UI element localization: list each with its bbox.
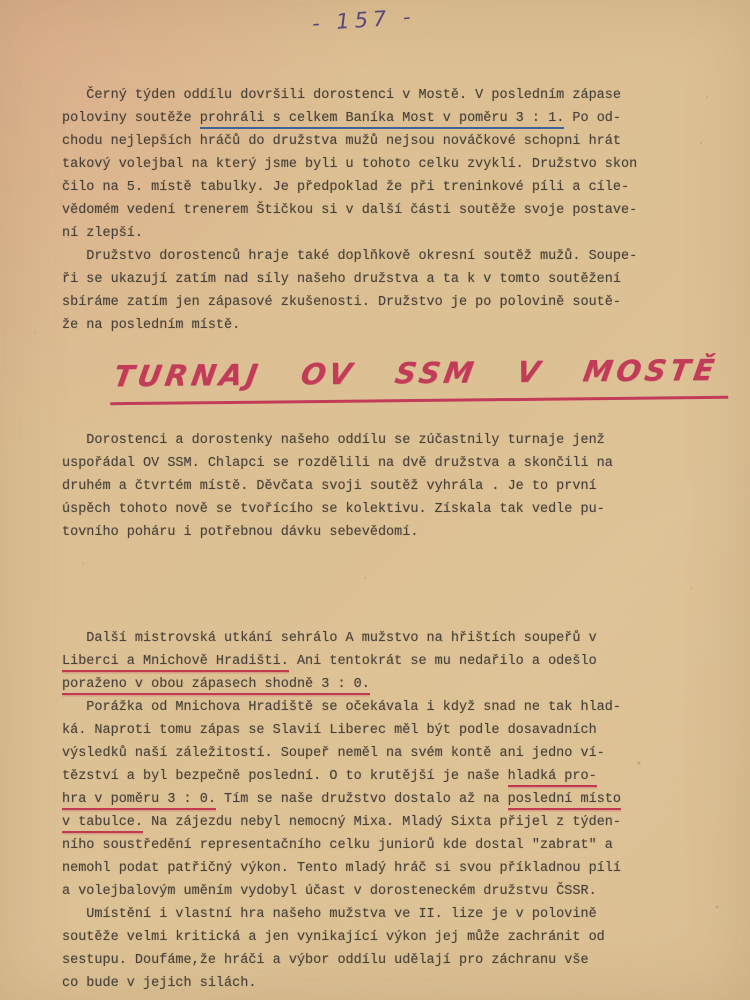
text-line: tězství a byl bezpečně poslední. O to kr…: [62, 765, 734, 788]
section-heading: TURNAJ OV SSM V MOSTĚ: [110, 353, 728, 405]
red-underlined-text: poraženo v obou zápasech shodně 3 : 0.: [62, 677, 370, 695]
text-segment: vědomém vedení trenerem Štičkou si v dal…: [62, 203, 637, 218]
text-segment: ká. Naproti tomu zápas se Slavií Liberec…: [62, 723, 597, 738]
text-segment: soutěže velmi kritická a jen vynikající …: [62, 930, 605, 945]
text-segment: co bude v jejich silách.: [62, 976, 256, 991]
text-line: výsledků naší záležitostí. Soupeř neměl …: [62, 742, 734, 765]
text-line: chodu nejlepších hráčů do družstva mužů …: [62, 130, 734, 153]
text-line: vědomém vedení trenerem Štičkou si v dal…: [62, 199, 734, 222]
text-line: ři se ukazují zatím nad síly našeho druž…: [62, 268, 734, 291]
red-underlined-text: v tabulce.: [62, 815, 143, 833]
text-segment: Tím se naše družstvo dostalo až na: [216, 792, 508, 807]
text-line: poraženo v obou zápasech shodně 3 : 0.: [62, 673, 734, 696]
text-segment: Porážka od Mnichova Hradiště se očekával…: [62, 700, 621, 715]
text-line: nemohl podat patřičný výkon. Tento mladý…: [62, 857, 734, 880]
text-line: čilo na 5. místě tabulky. Je předpoklad …: [62, 176, 734, 199]
text-line: uspořádal OV SSM. Chlapci se rozdělili n…: [62, 452, 734, 475]
text-line: ní zlepší.: [62, 222, 734, 245]
paragraph-3: Dorostenci a dorostenky našeho oddílu se…: [62, 429, 734, 544]
text-line: že na posledním místě.: [62, 314, 734, 337]
text-segment: úspěch tohoto nově se tvořícího se kolek…: [62, 502, 605, 517]
paragraphs-1-2: Černý týden oddílu dovršili dorostenci v…: [62, 84, 734, 337]
text-line: Černý týden oddílu dovršili dorostenci v…: [62, 84, 734, 107]
text-line: Další mistrovská utkání sehrálo A mužstv…: [62, 627, 734, 650]
text-segment: uspořádal OV SSM. Chlapci se rozdělili n…: [62, 456, 613, 471]
text-line: ního soustředění representačního celku j…: [62, 834, 734, 857]
text-line: Družstvo dorostenců hraje také doplňkově…: [62, 245, 734, 268]
text-line: sbíráme zatím jen zápasové zkušenosti. D…: [62, 291, 734, 314]
text-line: hra v poměru 3 : 0. Tím se naše družstvo…: [62, 788, 734, 811]
text-line: druhém a čtvrtém místě. Děvčata svoji so…: [62, 475, 734, 498]
text-line: úspěch tohoto nově se tvořícího se kolek…: [62, 498, 734, 521]
text-segment: tovního poháru i potřebnou dávku sebevěd…: [62, 525, 418, 540]
text-line: poloviny soutěže prohráli s celkem Baník…: [62, 107, 734, 130]
text-segment: výsledků naší záležitostí. Soupeř neměl …: [62, 746, 605, 761]
text-segment: Ani tentokrát se mu nedařilo a odešlo: [289, 654, 597, 669]
text-segment: chodu nejlepších hráčů do družstva mužů …: [62, 134, 621, 149]
text-segment: druhém a čtvrtém místě. Děvčata svoji so…: [62, 479, 597, 494]
text-line: Umístění i vlastní hra našeho mužstva ve…: [62, 903, 734, 926]
text-segment: Družstvo dorostenců hraje také doplňkově…: [62, 249, 637, 264]
text-segment: Po od-: [564, 111, 621, 126]
text-segment: tězství a byl bezpečně poslední. O to kr…: [62, 769, 508, 784]
text-segment: a volejbalovým uměním vydobyl účast v do…: [62, 884, 597, 899]
text-line: Porážka od Mnichova Hradiště se očekával…: [62, 696, 734, 719]
text-line: Dorostenci a dorostenky našeho oddílu se…: [62, 429, 734, 452]
text-segment: takový volejbal na který jsme byli u toh…: [62, 157, 637, 172]
red-underlined-text: poslední místo: [508, 792, 621, 810]
text-segment: Dorostenci a dorostenky našeho oddílu se…: [62, 433, 605, 448]
text-segment: sbíráme zatím jen zápasové zkušenosti. D…: [62, 295, 621, 310]
text-segment: čilo na 5. místě tabulky. Je předpoklad …: [62, 180, 629, 195]
text-line: sestupu. Doufáme,že hráči a výbor oddílu…: [62, 949, 734, 972]
blue-underlined-text: prohráli s celkem Baníka Most v poměru 3…: [200, 111, 565, 129]
text-segment: ři se ukazují zatím nad síly našeho druž…: [62, 272, 621, 287]
text-line: tovního poháru i potřebnou dávku sebevěd…: [62, 521, 734, 544]
text-segment: Na zájezdu nebyl nemocný Mixa. Mladý Six…: [143, 815, 621, 830]
text-line: takový volejbal na který jsme byli u toh…: [62, 153, 734, 176]
text-segment: že na posledním místě.: [62, 318, 240, 333]
page-number: - 157 -: [311, 4, 416, 35]
red-underlined-text: hladká pro-: [508, 769, 597, 787]
text-line: ká. Naproti tomu zápas se Slavií Liberec…: [62, 719, 734, 742]
red-underlined-text: hra v poměru 3 : 0.: [62, 792, 216, 810]
text-line: a volejbalovým uměním vydobyl účast v do…: [62, 880, 734, 903]
text-line: soutěže velmi kritická a jen vynikající …: [62, 926, 734, 949]
text-segment: Další mistrovská utkání sehrálo A mužstv…: [62, 631, 597, 646]
text-segment: ního soustředění representačního celku j…: [62, 838, 613, 853]
text-segment: ní zlepší.: [62, 226, 143, 241]
text-segment: nemohl podat patřičný výkon. Tento mladý…: [62, 861, 621, 876]
text-line: Liberci a Mnichově Hradišti. Ani tentokr…: [62, 650, 734, 673]
text-segment: sestupu. Doufáme,že hráči a výbor oddílu…: [62, 953, 589, 968]
paragraphs-4-6: Další mistrovská utkání sehrálo A mužstv…: [62, 627, 734, 995]
text-line: v tabulce. Na zájezdu nebyl nemocný Mixa…: [62, 811, 734, 834]
text-segment: Umístění i vlastní hra našeho mužstva ve…: [62, 907, 597, 922]
scanned-document-page: - 157 - Černý týden oddílu dovršili doro…: [0, 0, 750, 1000]
section-heading-text: TURNAJ OV SSM V MOSTĚ: [111, 353, 720, 393]
red-underlined-text: Liberci a Mnichově Hradišti.: [62, 654, 289, 672]
text-segment: Černý týden oddílu dovršili dorostenci v…: [62, 88, 621, 103]
text-line: co bude v jejich silách.: [62, 972, 734, 995]
text-segment: poloviny soutěže: [62, 111, 200, 126]
